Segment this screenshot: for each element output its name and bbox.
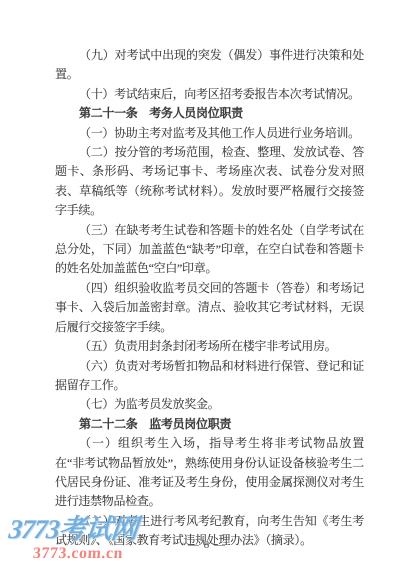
paragraph: （九）对考试中出现的突发（偶发）事件进行决策和处置。 bbox=[55, 46, 364, 85]
paragraph: （四）组织验收监考员交回的答题卡（答卷）和考场记事卡、入袋后加盖密封章。清点、验… bbox=[55, 279, 364, 337]
document-page: （九）对考试中出现的突发（偶发）事件进行决策和处置。（十）考试结束后，向考区招考… bbox=[0, 0, 414, 585]
paragraph: （一）协助主考对监考及其他工作人员进行业务培训。 bbox=[55, 124, 364, 143]
paragraph: （一）组织考生入场，指导考生将非考试物品放置在“非考试物品暂放处”，熟练使用身份… bbox=[55, 434, 364, 512]
paragraph: （五）负责用封条封闭考场所在楼宇非考试用房。 bbox=[55, 337, 364, 356]
section-heading: 第二十二条 监考员岗位职责 bbox=[55, 415, 364, 434]
paragraph: （三）在缺考考生试卷和答题卡的姓名处（自学考试在总分处，下同）加盖蓝色“缺考”印… bbox=[55, 221, 364, 279]
paragraph: （七）为监考员发放奖金。 bbox=[55, 395, 364, 414]
section-heading: 第二十一条 考务人员岗位职责 bbox=[55, 104, 364, 123]
page-number: — 8 — bbox=[0, 539, 414, 551]
paragraph: （二）按分管的考场范围，检查、整理、发放试卷、答题卡、条形码、考场记事卡、考场座… bbox=[55, 143, 364, 221]
paragraph: （十）考试结束后，向考区招考委报告本次考试情况。 bbox=[55, 85, 364, 104]
document-body: （九）对考试中出现的突发（偶发）事件进行决策和处置。（十）考试结束后，向考区招考… bbox=[55, 46, 364, 551]
paragraph: （六）负责对考场暂扣物品和材料进行保管、登记和证据留存工作。 bbox=[55, 357, 364, 396]
